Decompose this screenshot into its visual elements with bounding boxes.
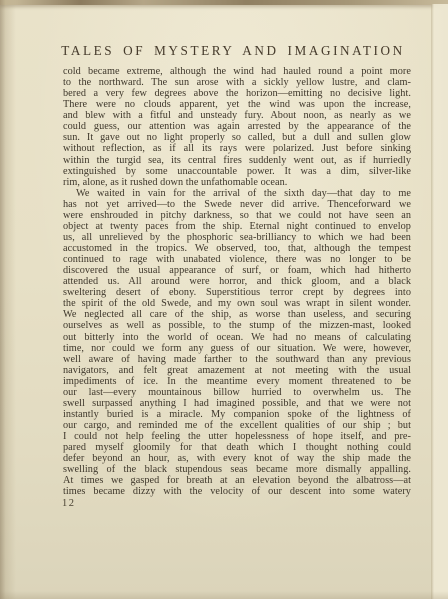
text-line: defer beyond an hour, as, with every kno… [63,453,411,464]
text-line: our cargo, and reminded me of the excell… [63,420,411,431]
text-line: times became dizzy with the velocity of … [63,486,411,497]
text-line: swelling of the black stupendous seas be… [63,464,411,475]
text-line: I could not help feeling the utter hopel… [63,431,411,442]
text-line: extinguished by some unaccountable power… [63,166,411,177]
text-line: swell surpassed anything I had imagined … [63,398,411,409]
page-number: 12 [62,498,76,509]
text-line: out bitterly into the world of ocean. We… [63,332,411,343]
page-left-edge [0,0,16,599]
text-line: and blew with a fitful and unsteady fury… [63,110,411,121]
text-line: time, nor could we form any guess of our… [63,343,411,354]
text-line: We neglected all care of the ship, as wo… [63,309,411,320]
text-line: impediments of ice. In the meantime ever… [63,376,411,387]
running-head-title: TALES OF MYSTERY AND IMAGINATION [55,43,411,60]
text-line: were enshrouded in pitchy darkness, so t… [63,210,411,221]
text-line: ourselves as well as possible, to the st… [63,320,411,331]
text-line: has not yet arrived—to the Swede never d… [63,199,411,210]
text-line: could guess, our attention was again arr… [63,121,411,132]
page-bottom-edge [0,591,448,599]
text-line: our last—every mountainous billow hurrie… [63,387,411,398]
text-line: rim, alone, as it rushed down the unfath… [63,177,411,188]
text-line: object at twenty paces from the ship. Et… [63,221,411,232]
text-line: sun. It gave out no light properly so ca… [63,132,411,143]
book-page-scan: TALES OF MYSTERY AND IMAGINATION cold be… [0,0,448,599]
page-top-edge [0,0,448,5]
paragraph-1: cold became extreme, although the wind h… [63,66,411,188]
text-line: the spirit of the old Swede, and my own … [63,298,411,309]
text-line: bered a very few degrees above the horiz… [63,88,411,99]
text-line: continued to rage with unabated violence… [63,254,411,265]
text-line: pared myself gloomily for that death whi… [63,442,411,453]
text-line: instantly buried is a miracle. My compan… [63,409,411,420]
text-line: sweltering desert of ebony. Superstitiou… [63,287,411,298]
text-line: There were no clouds apparent, yet the w… [63,99,411,110]
text-line: without reflection, as if all its rays w… [63,143,411,154]
text-line: within the turgid sea, its central fires… [63,155,411,166]
page-right-edge [431,4,448,599]
body-text-block: cold became extreme, although the wind h… [63,66,411,497]
text-line: At times we gasped for breath at an elev… [63,475,411,486]
text-line: well aware of having made farther to the… [63,354,411,365]
paragraph-2: We waited in vain for the arrival of the… [63,188,411,498]
text-line: navigators, and felt great amazement at … [63,365,411,376]
text-line: discovered the usual appearance of surf,… [63,265,411,276]
text-line: cold became extreme, although the wind h… [63,66,411,77]
text-line: We waited in vain for the arrival of the… [63,188,411,199]
text-line: to the northward. The sun arose with a s… [63,77,411,88]
text-line: attended us. All around were horror, and… [63,276,411,287]
text-line: us, all unrelieved by the phosphoric sea… [63,232,411,243]
text-line: accustomed in the tropics. We observed, … [63,243,411,254]
